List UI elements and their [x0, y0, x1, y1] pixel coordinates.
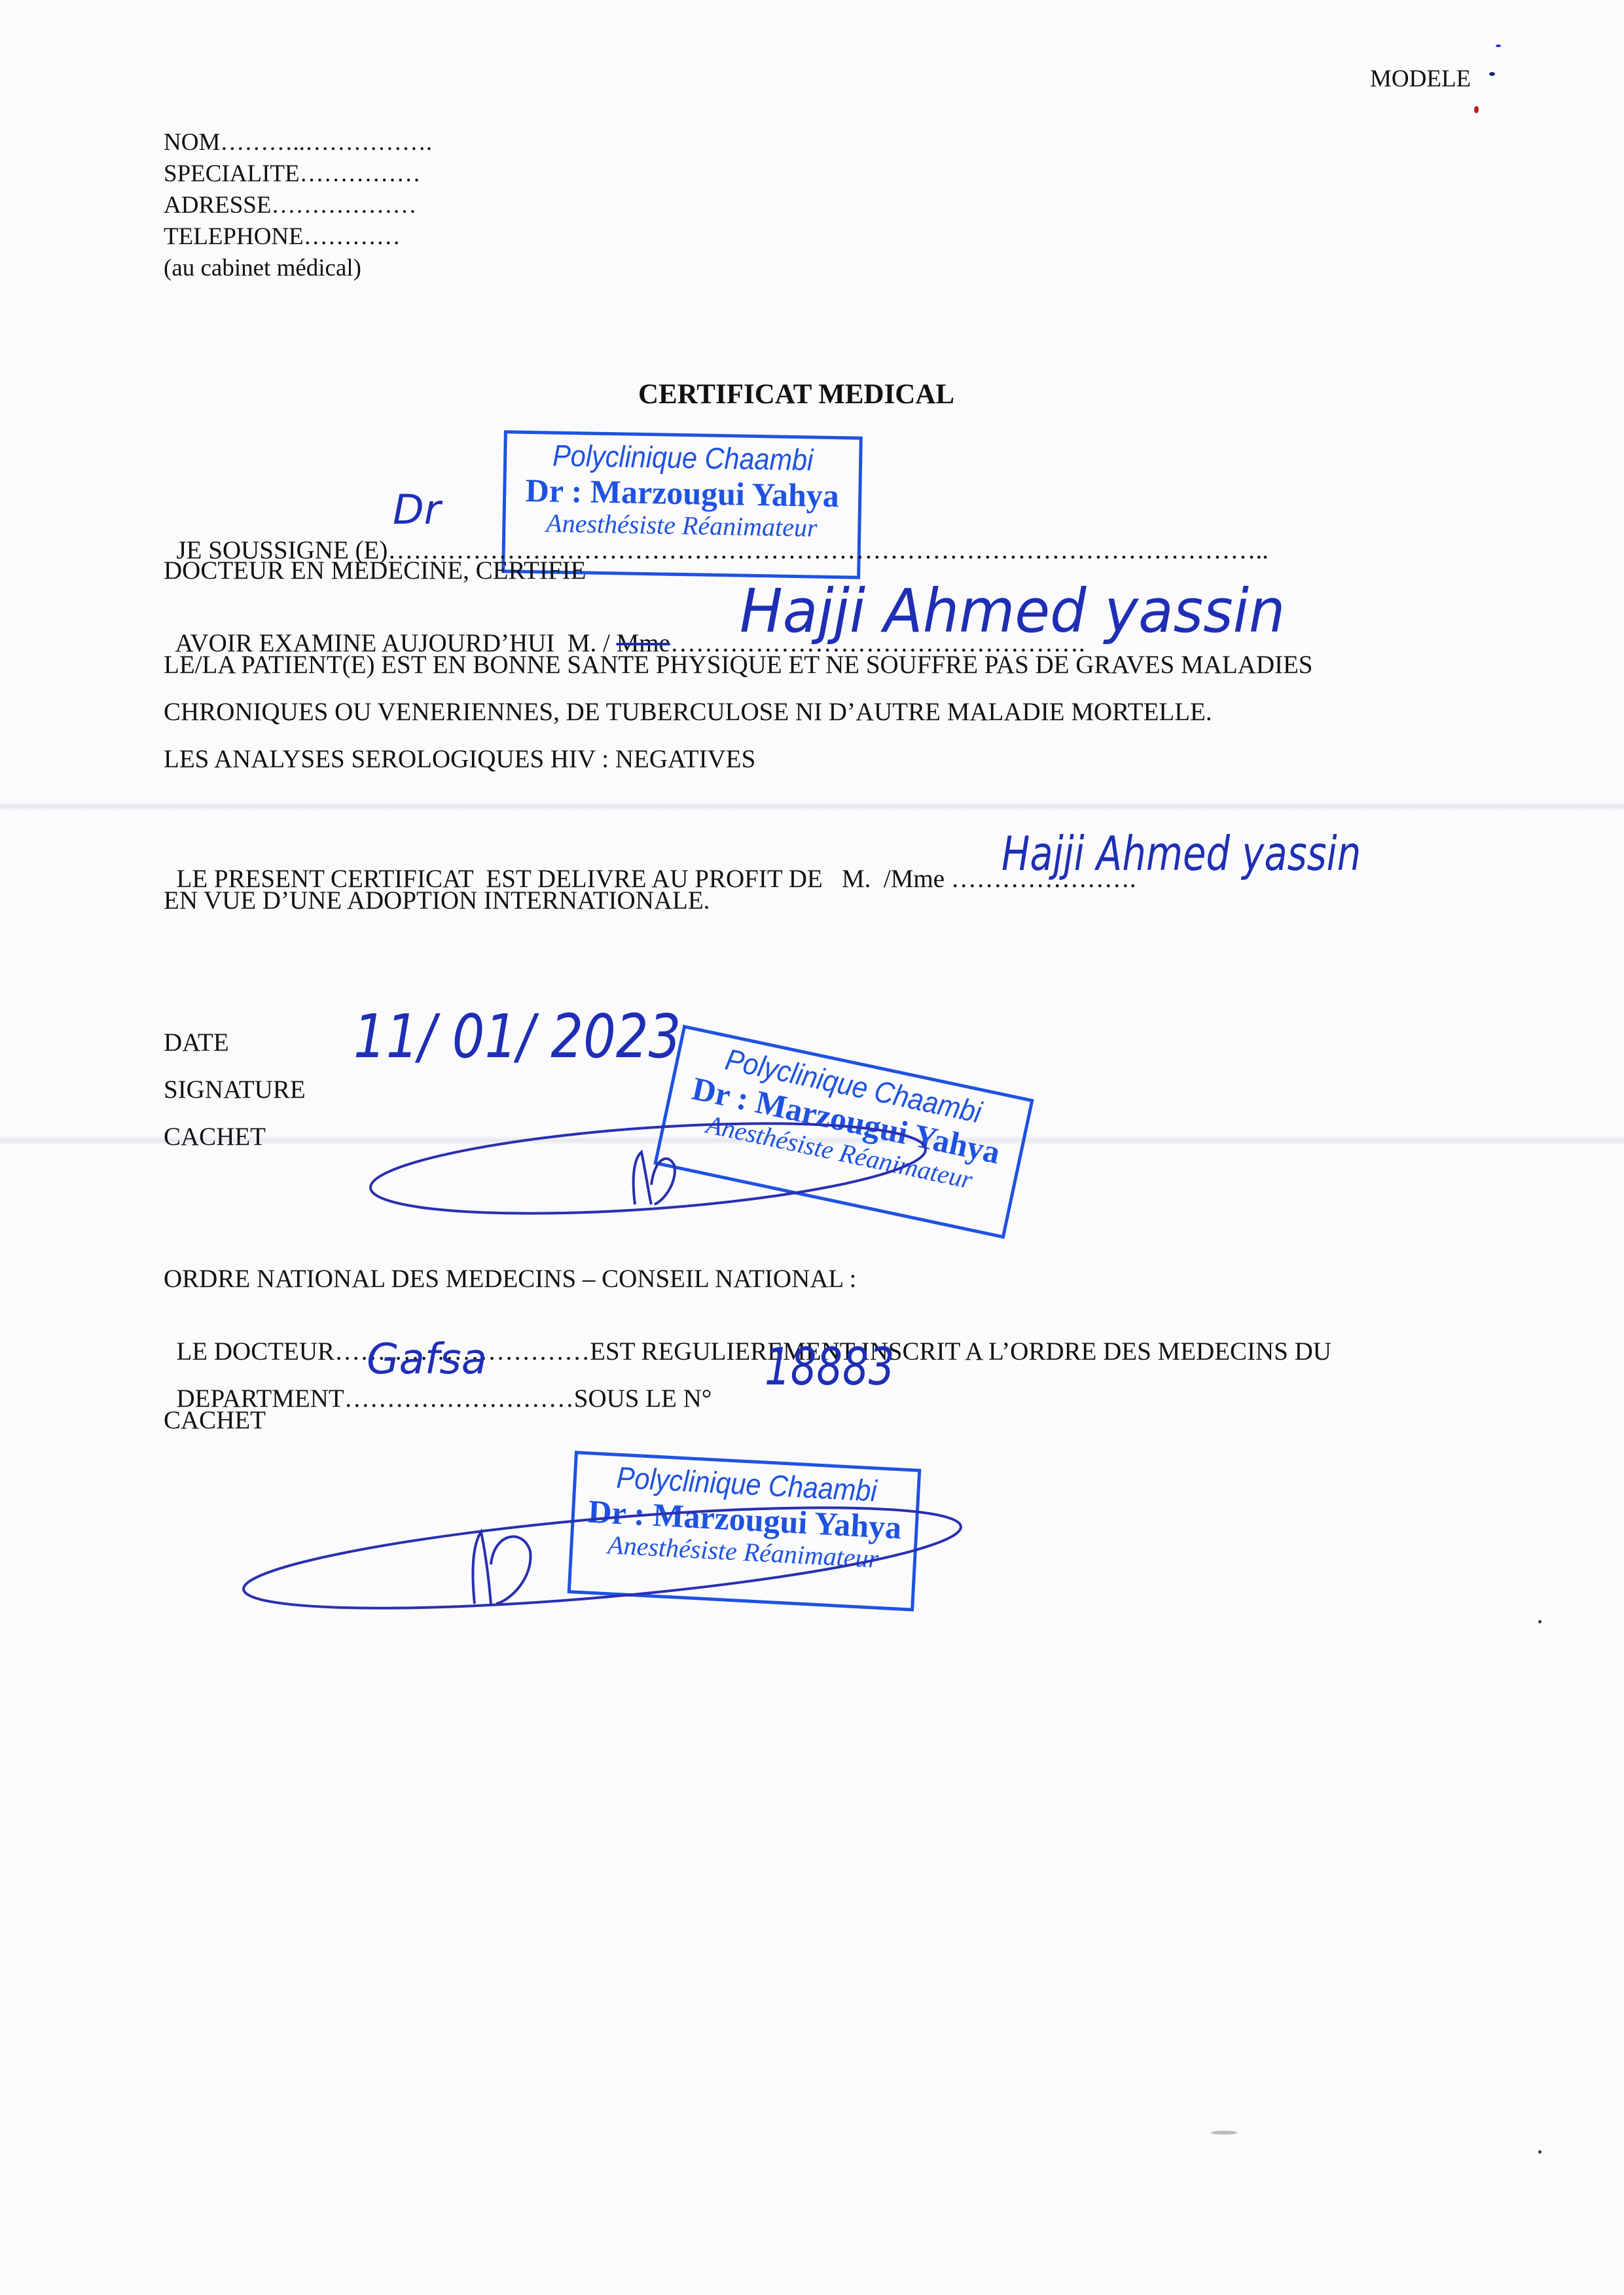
header-nom: NOM………..……………. — [164, 127, 432, 158]
paper-fold — [0, 802, 1624, 811]
handwritten-department: Gafsa — [367, 1335, 487, 1384]
body-line-soussigne: JE SOUSSIGNE (E)………………………………………………………………… — [164, 512, 1269, 563]
ordre-docteur-line: LE DOCTEUR…………………………EST REGULIEREMENT IN… — [164, 1313, 1331, 1364]
handwritten-dr: Dr — [393, 486, 441, 533]
ordre-heading: ORDRE NATIONAL DES MEDECINS – CONSEIL NA… — [164, 1266, 856, 1292]
ink-speck — [1489, 72, 1495, 76]
handwritten-patient-name: Hajji Ahmed yassin — [740, 576, 1285, 646]
handwritten-date: 11/ 01/ 2023 — [353, 1002, 681, 1072]
header-adresse: ADRESSE……………… — [164, 190, 416, 221]
speck — [1211, 2131, 1237, 2135]
model-label: MODELE — [1370, 67, 1471, 91]
body-line-patient: LE/LA PATIENT(E) EST EN BONNE SANTE PHYS… — [164, 652, 1313, 678]
header-cabinet: (au cabinet médical) — [164, 253, 361, 284]
ink-speck — [1496, 45, 1501, 47]
signature-label: SIGNATURE — [164, 1077, 306, 1102]
body-line-docteur: DOCTEUR EN MEDECINE, CERTIFIE — [164, 558, 586, 583]
department-dots: ……………………… — [344, 1384, 574, 1413]
speck — [1538, 2150, 1542, 2154]
signature-bottom — [236, 1492, 995, 1623]
body-line-hiv: LES ANALYSES SEROLOGIQUES HIV : NEGATIVE… — [164, 746, 755, 772]
numero-label: SOUS LE N° — [574, 1384, 712, 1413]
handwritten-registration-number: 18883 — [765, 1338, 895, 1397]
ordre-cachet-label: CACHET — [164, 1407, 266, 1433]
cachet-label: CACHET — [164, 1124, 266, 1149]
speck — [1538, 1620, 1542, 1623]
handwritten-beneficiary-name: Hajji Ahmed yassin — [1001, 826, 1361, 881]
signature-middle — [367, 1106, 969, 1231]
header-telephone: TELEPHONE………… — [164, 221, 401, 253]
body-line-chroniques: CHRONIQUES OU VENERIENNES, DE TUBERCULOS… — [164, 699, 1212, 725]
ink-speck — [1474, 106, 1479, 113]
body-line-adoption: EN VUE D’UNE ADOPTION INTERNATIONALE. — [164, 888, 710, 913]
page-title: CERTIFICAT MEDICAL — [638, 378, 954, 410]
stamp-clinic: Polyclinique Chaambi — [530, 438, 836, 477]
stamp-doctor: Dr : Marzougui Yahya — [513, 471, 852, 514]
body-line-profit: LE PRESENT CERTIFICAT EST DELIVRE AU PRO… — [164, 840, 1136, 892]
header-specialite: SPECIALITE…………… — [164, 158, 421, 190]
date-label: DATE — [164, 1030, 229, 1055]
